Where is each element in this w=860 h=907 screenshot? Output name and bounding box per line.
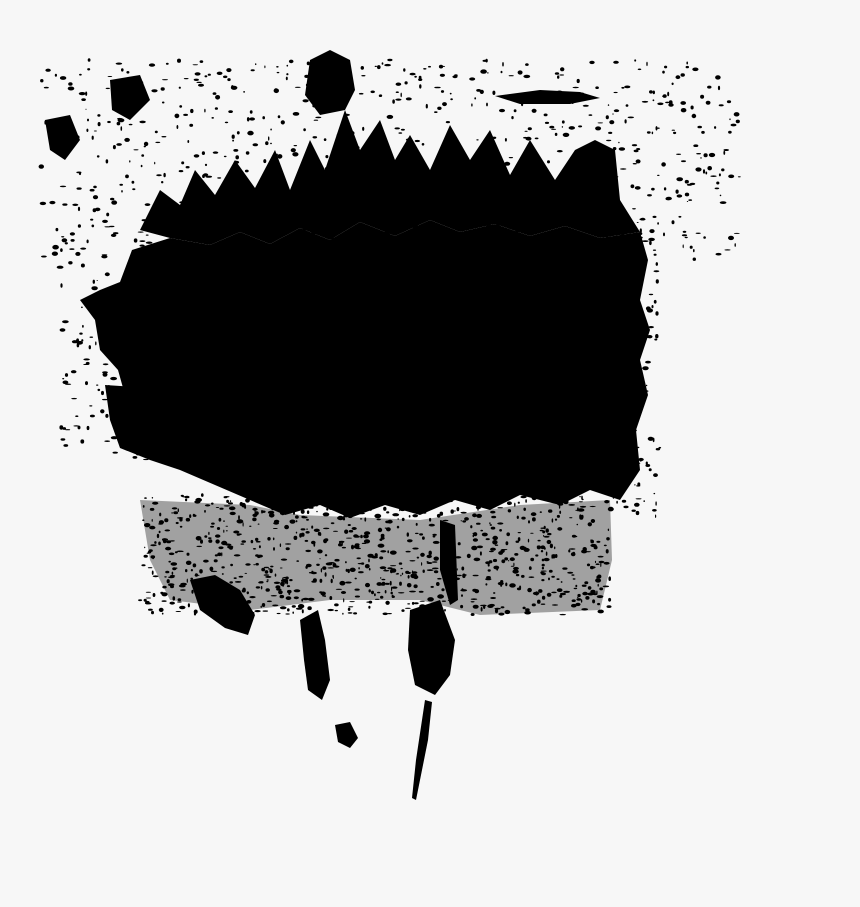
grunge-splatter-graphic	[0, 0, 860, 907]
